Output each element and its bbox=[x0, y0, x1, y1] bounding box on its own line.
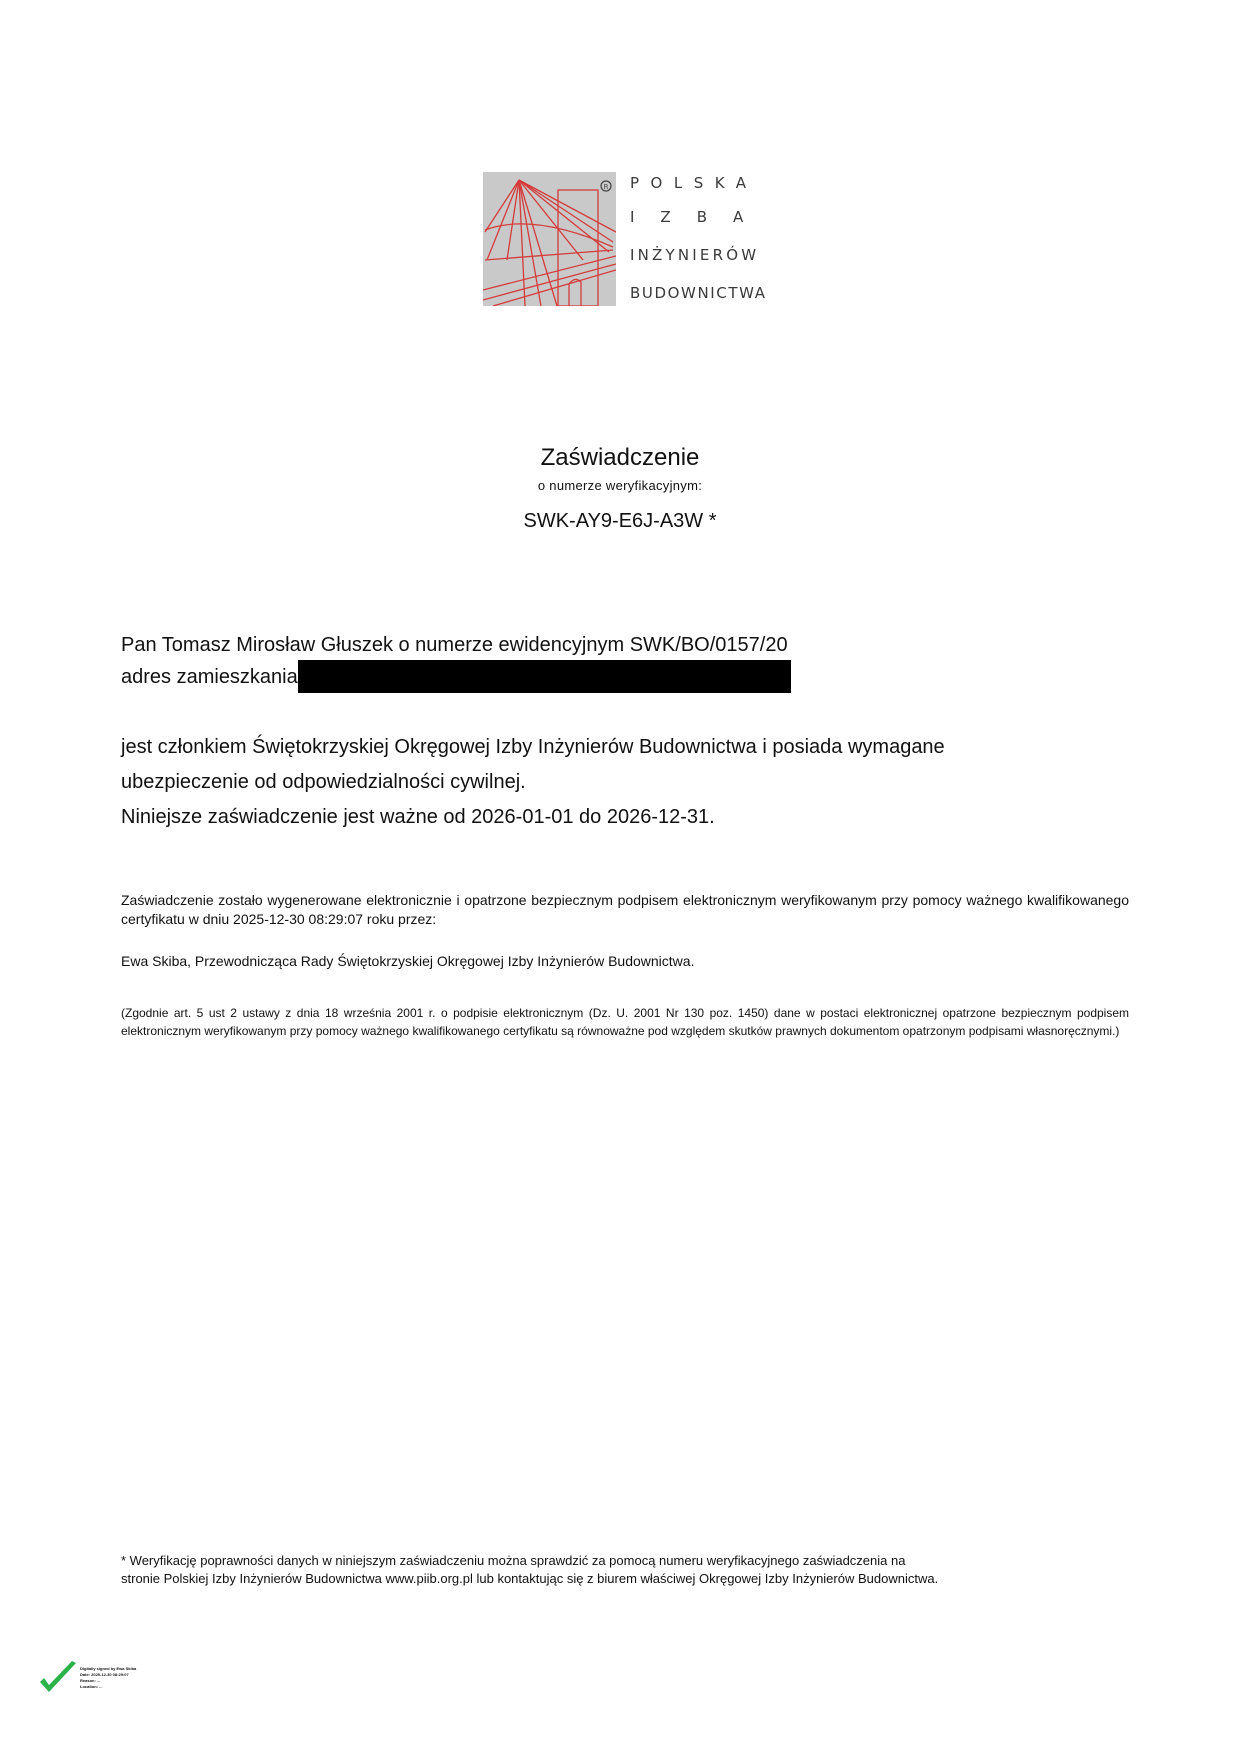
address-label: adres zamieszkania bbox=[121, 666, 298, 689]
verification-code: SWK-AY9-E6J-A3W * bbox=[0, 510, 1240, 533]
logo-line-polska: POLSKA bbox=[630, 174, 758, 192]
signer-line: Ewa Skiba, Przewodnicząca Rady Świętokrz… bbox=[121, 952, 1129, 971]
footnote-line-2: stronie Polskiej Izby Inżynierów Budowni… bbox=[121, 1570, 1081, 1588]
legal-note: (Zgodnie art. 5 ust 2 ustawy z dnia 18 w… bbox=[121, 1004, 1129, 1040]
footnote-line-1: * Weryfikację poprawności danych w ninie… bbox=[121, 1552, 1081, 1570]
verification-footnote: * Weryfikację poprawności danych w ninie… bbox=[121, 1552, 1081, 1588]
logo-line-izba: IZBA bbox=[630, 208, 769, 226]
digital-signature-stamp: Digitally signed by Ewa Skiba Date: 2025… bbox=[80, 1666, 136, 1690]
document-subtitle: o numerze weryfikacyjnym: bbox=[0, 478, 1240, 493]
piib-bridge-logo-icon: R bbox=[483, 172, 616, 306]
green-checkmark-icon bbox=[38, 1660, 78, 1694]
piib-logo-mark: R bbox=[483, 172, 616, 306]
logo-line-inzynierow: INŻYNIERÓW bbox=[630, 246, 759, 264]
validity-line: Niniejsze zaświadczenie jest ważne od 20… bbox=[121, 806, 715, 829]
person-line: Pan Tomasz Mirosław Głuszek o numerze ew… bbox=[121, 634, 788, 657]
stamp-line: Location: ... bbox=[80, 1684, 136, 1690]
svg-text:R: R bbox=[604, 183, 609, 191]
logo-line-budownictwa: BUDOWNICTWA bbox=[630, 284, 767, 302]
document-title: Zaświadczenie bbox=[0, 444, 1240, 472]
membership-line-1: jest członkiem Świętokrzyskiej Okręgowej… bbox=[121, 736, 945, 759]
membership-line-2: ubezpieczenie od odpowiedzialności cywil… bbox=[121, 771, 526, 794]
address-redaction bbox=[298, 660, 791, 693]
signature-paragraph: Zaświadczenie zostało wygenerowane elekt… bbox=[121, 891, 1129, 929]
